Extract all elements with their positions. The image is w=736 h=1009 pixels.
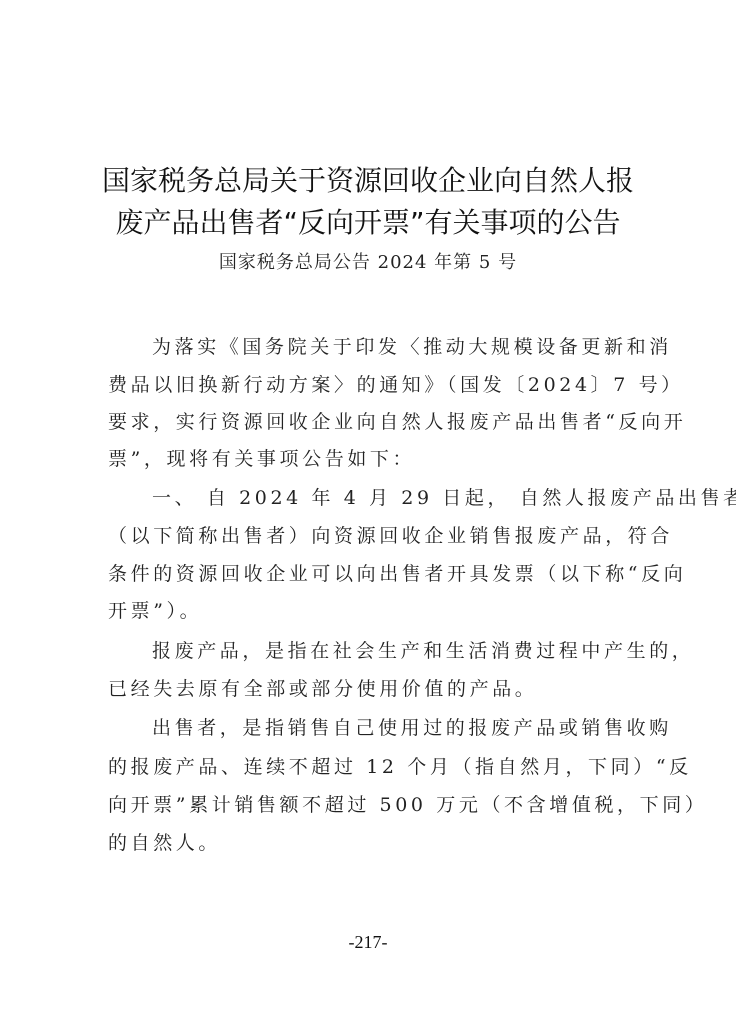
document-title-line-2: 废产品出售者“反向开票”有关事项的公告 xyxy=(0,205,736,241)
paragraph-1-line-2: 费品以旧换新行动方案〉的通知》（国发〔2024〕7 号） xyxy=(108,372,648,398)
paragraph-1-line-3: 要求，实行资源回收企业向自然人报废产品出售者“反向开 xyxy=(108,409,648,435)
paragraph-4-line-3: 向开票”累计销售额不超过 500 万元（不含增值税，下同） xyxy=(108,792,648,818)
document-title-line-1: 国家税务总局关于资源回收企业向自然人报 xyxy=(0,163,736,199)
paragraph-2-line-2: （以下简称出售者）向资源回收企业销售报废产品，符合 xyxy=(108,523,648,549)
paragraph-4-line-4: 的自然人。 xyxy=(108,830,648,856)
paragraph-1-line-1: 为落实《国务院关于印发〈推动大规模设备更新和消 xyxy=(152,334,692,360)
announcement-number: 国家税务总局公告 2024 年第 5 号 xyxy=(0,251,736,275)
paragraph-4-line-2: 的报废产品、连续不超过 12 个月（指自然月，下同）“反 xyxy=(108,754,648,780)
paragraph-2-line-4: 开票”）。 xyxy=(108,598,648,624)
page-number: -217- xyxy=(0,930,736,954)
document-page: 国家税务总局关于资源回收企业向自然人报 废产品出售者“反向开票”有关事项的公告 … xyxy=(0,0,736,1009)
paragraph-3-line-1: 报废产品，是指在社会生产和生活消费过程中产生的， xyxy=(152,638,692,664)
paragraph-2-line-3: 条件的资源回收企业可以向出售者开具发票（以下称“反向 xyxy=(108,561,648,587)
paragraph-2-line-1: 一、 自 2024 年 4 月 29 日起， 自然人报废产品出售者 xyxy=(152,485,692,511)
paragraph-4-line-1: 出售者，是指销售自己使用过的报废产品或销售收购 xyxy=(152,715,692,741)
paragraph-1-line-4: 票”，现将有关事项公告如下： xyxy=(108,446,648,472)
paragraph-3-line-2: 已经失去原有全部或部分使用价值的产品。 xyxy=(108,676,648,702)
